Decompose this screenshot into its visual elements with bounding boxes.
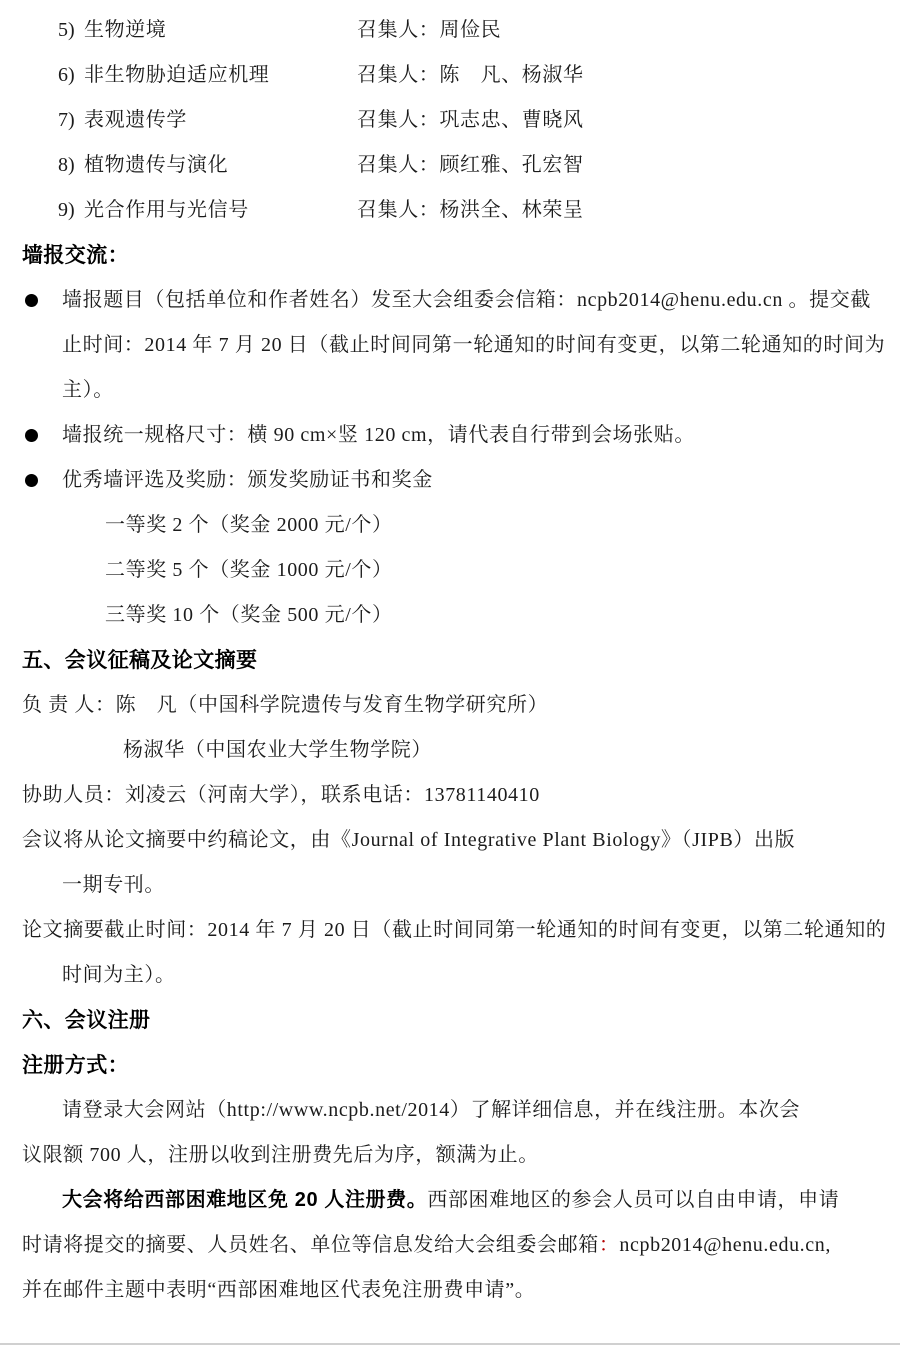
session-number: 5) [58, 8, 75, 53]
session-convener: 召集人：周俭民 [357, 8, 501, 53]
poster-bullet-3-line1: 优秀墙评选及奖励：颁发奖励证书和奖金 [62, 458, 433, 503]
session-topic: 光合作用与光信号 [84, 188, 249, 233]
session-item-7: 7) 表观遗传学 召集人：巩志忠、曹晓风 [0, 98, 900, 143]
fee-waiver-rest-text: 西部困难地区的参会人员可以自由申请，申请 [427, 1189, 839, 1211]
bullet-icon [25, 429, 38, 442]
poster-bullet-2-line1: 墙报统一规格尺寸：横 90 cm×竖 120 cm，请代表自行带到会场张贴。 [62, 413, 695, 458]
section5-jipb-line1: 会议将从论文摘要中约稿论文，由《Journal of Integrative P… [22, 818, 900, 863]
poster-bullet-1: 墙报题目（包括单位和作者姓名）发至大会组委会信箱：ncpb2014@henu.e… [0, 278, 900, 323]
mailbox-label-text: 时请将提交的摘要、人员姓名、单位等信息发给大会组委会邮箱 [22, 1234, 599, 1256]
session-item-8: 8) 植物遗传与演化 召集人：顾红雅、孔宏智 [0, 143, 900, 188]
session-topic: 表观遗传学 [84, 98, 187, 143]
section5-heading: 五、会议征稿及论文摘要 [22, 638, 900, 683]
poster-section-heading: 墙报交流： [22, 233, 900, 278]
section6-heading: 六、会议注册 [22, 998, 900, 1043]
section5-leader-line1: 负 责 人：陈 凡（中国科学院遗传与发育生物学研究所） [22, 683, 900, 728]
session-item-6: 6) 非生物胁迫适应机理 召集人：陈 凡、杨淑华 [0, 53, 900, 98]
poster-bullet-1-line1: 墙报题目（包括单位和作者姓名）发至大会组委会信箱：ncpb2014@henu.e… [62, 278, 871, 323]
section5-jipb-line2: 一期专刊。 [62, 863, 900, 908]
bullet-icon [25, 474, 38, 487]
session-number: 9) [58, 188, 75, 233]
award-second-prize: 二等奖 5 个（奖金 1000 元/个） [105, 548, 900, 593]
section6-para2-line2: 时请将提交的摘要、人员姓名、单位等信息发给大会组委会邮箱：ncpb2014@he… [22, 1223, 900, 1268]
poster-bullet-2: 墙报统一规格尺寸：横 90 cm×竖 120 cm，请代表自行带到会场张贴。 [0, 413, 900, 458]
session-convener: 召集人：巩志忠、曹晓风 [357, 98, 584, 143]
section6-para2-line1: 大会将给西部困难地区免 20 人注册费。西部困难地区的参会人员可以自由申请，申请 [62, 1178, 900, 1223]
notice-document: 5) 生物逆境 召集人：周俭民 6) 非生物胁迫适应机理 召集人：陈 凡、杨淑华… [0, 0, 900, 1313]
session-convener: 召集人：杨洪全、林荣呈 [357, 188, 584, 233]
poster-bullet-3: 优秀墙评选及奖励：颁发奖励证书和奖金 [0, 458, 900, 503]
poster-bullet-1-line3: 主）。 [62, 368, 900, 413]
section5-abstract-line2: 时间为主）。 [62, 953, 900, 998]
bullet-icon [25, 294, 38, 307]
document-page: { "page": { "background": "#ffffff", "te… [0, 0, 900, 1345]
section5-assistant-line: 协助人员：刘凌云（河南大学），联系电话：13781140410 [22, 773, 900, 818]
committee-email: ncpb2014@henu.edu.cn, [619, 1234, 831, 1256]
session-item-9: 9) 光合作用与光信号 召集人：杨洪全、林荣呈 [0, 188, 900, 233]
red-colon: ： [599, 1234, 620, 1256]
session-topic: 植物遗传与演化 [84, 143, 228, 188]
poster-bullet-1-line2: 止时间：2014 年 7 月 20 日（截止时间同第一轮通知的时间有变更，以第二… [62, 323, 900, 368]
session-item-5: 5) 生物逆境 召集人：周俭民 [0, 8, 900, 53]
section6-method-heading: 注册方式： [22, 1043, 900, 1088]
session-number: 6) [58, 53, 75, 98]
section6-para2-line3: 并在邮件主题中表明“西部困难地区代表免注册费申请”。 [22, 1268, 900, 1313]
section5-leader-line2: 杨淑华（中国农业大学生物学院） [123, 728, 900, 773]
award-first-prize: 一等奖 2 个（奖金 2000 元/个） [105, 503, 900, 548]
session-topic: 生物逆境 [84, 8, 166, 53]
fee-waiver-bold-text: 大会将给西部困难地区免 20 人注册费。 [62, 1189, 427, 1211]
section6-para1-line2: 议限额 700 人，注册以收到注册费先后为序，额满为止。 [22, 1133, 900, 1178]
section6-para1-line1: 请登录大会网站（http://www.ncpb.net/2014）了解详细信息，… [62, 1088, 900, 1133]
session-convener: 召集人：顾红雅、孔宏智 [357, 143, 584, 188]
session-number: 8) [58, 143, 75, 188]
section5-abstract-line1: 论文摘要截止时间：2014 年 7 月 20 日（截止时间同第一轮通知的时间有变… [22, 908, 900, 953]
session-number: 7) [58, 98, 75, 143]
award-third-prize: 三等奖 10 个（奖金 500 元/个） [105, 593, 900, 638]
session-topic: 非生物胁迫适应机理 [84, 53, 269, 98]
session-convener: 召集人：陈 凡、杨淑华 [357, 53, 584, 98]
